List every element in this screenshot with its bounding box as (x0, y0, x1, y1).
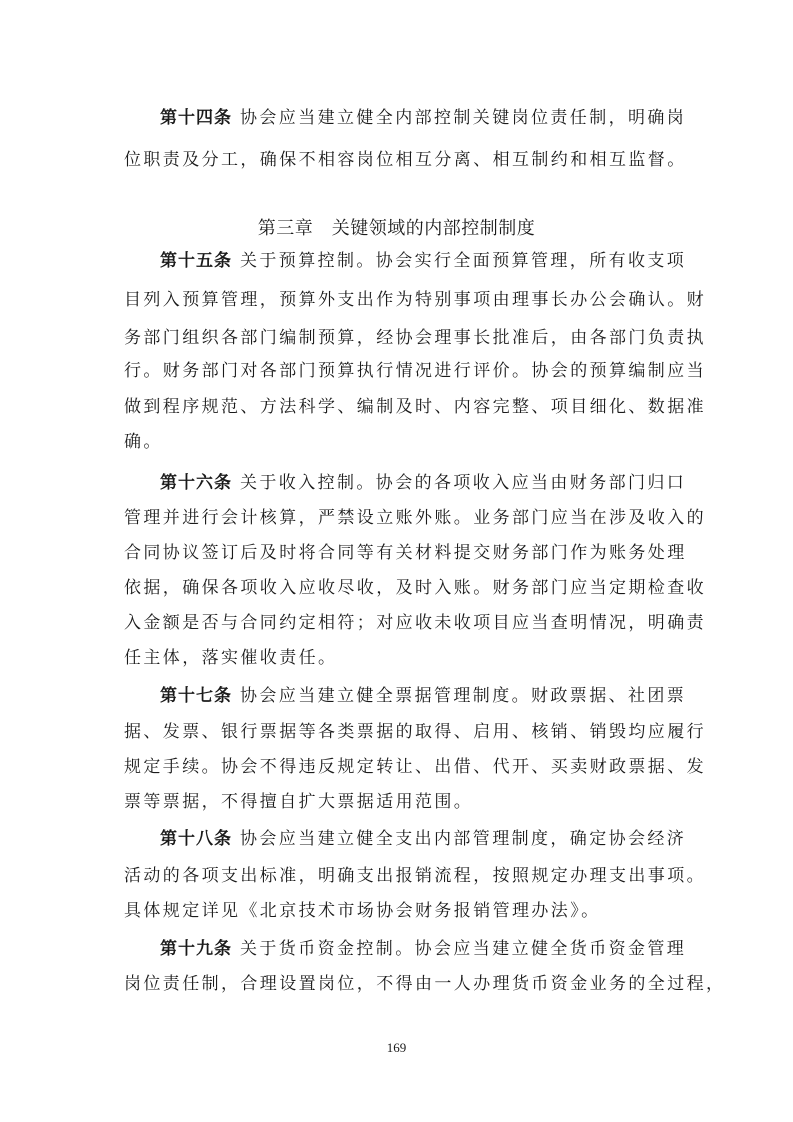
article-label: 第十四条 (160, 108, 232, 128)
article-15-line-4: 行。财务部门对各部门预算执行情况进行评价。协会的预算编制应当 (124, 361, 672, 381)
article-19-line-2: 岗位责任制，合理设置岗位，不得由一人办理货币资金业务的全过程， (124, 974, 672, 994)
article-19-line-1: 第十九条关于货币资金控制。协会应当建立健全货币资金管理 (160, 939, 672, 959)
article-label: 第十九条 (160, 939, 232, 959)
article-16-line-4: 依据，确保各项收入应收尽收，及时入账。财务部门应当定期检查收 (124, 578, 672, 598)
article-label: 第十六条 (160, 473, 232, 493)
article-16-line-2: 管理并进行会计核算，严禁设立账外账。业务部门应当在涉及收入的 (124, 508, 672, 528)
article-15-line-3: 务部门组织各部门编制预算，经协会理事长批准后，由各部门负责执 (124, 328, 672, 348)
page-number: 169 (0, 1040, 793, 1056)
document-page: 第十四条协会应当建立健全内部控制关键岗位责任制，明确岗 位职责及分工，确保不相容… (0, 0, 793, 1122)
article-16-line-3: 合同协议签订后及时将合同等有关材料提交财务部门作为账务处理 (124, 543, 672, 563)
article-15-line-2: 目列入预算管理，预算外支出作为特别事项由理事长办公会确认。财 (124, 290, 672, 310)
article-14-line-1: 第十四条协会应当建立健全内部控制关键岗位责任制，明确岗 (160, 108, 672, 128)
article-17-line-2: 据、发票、银行票据等各类票据的取得、启用、核销、销毁均应履行 (124, 722, 672, 742)
article-18-line-1: 第十八条协会应当建立健全支出内部管理制度，确定协会经济 (160, 829, 672, 849)
article-16-line-6: 任主体，落实催收责任。 (124, 648, 672, 668)
article-17-line-1: 第十七条协会应当建立健全票据管理制度。财政票据、社团票 (160, 686, 672, 706)
article-16-line-5: 入金额是否与合同约定相符；对应收未收项目应当查明情况，明确责 (124, 613, 672, 633)
article-label: 第十八条 (160, 829, 232, 849)
article-16-line-1: 第十六条关于收入控制。协会的各项收入应当由财务部门归口 (160, 473, 672, 493)
article-label: 第十五条 (160, 251, 232, 271)
article-15-line-1: 第十五条关于预算控制。协会实行全面预算管理，所有收支项 (160, 251, 672, 271)
article-17-line-3: 规定手续。协会不得违反规定转让、出借、代开、买卖财政票据、发 (124, 757, 672, 777)
article-18-line-2: 活动的各项支出标准，明确支出报销流程，按照规定办理支出事项。 (124, 866, 672, 886)
article-14-line-2: 位职责及分工，确保不相容岗位相互分离、相互制约和相互监督。 (124, 150, 672, 170)
chapter-title: 第三章 关键领域的内部控制制度 (0, 214, 793, 240)
article-15-line-6: 确。 (124, 432, 672, 452)
article-17-line-4: 票等票据，不得擅自扩大票据适用范围。 (124, 792, 672, 812)
article-15-line-5: 做到程序规范、方法科学、编制及时、内容完整、项目细化、数据准 (124, 397, 672, 417)
article-label: 第十七条 (160, 686, 232, 706)
article-18-line-3: 具体规定详见《北京技术市场协会财务报销管理办法》。 (124, 901, 672, 921)
